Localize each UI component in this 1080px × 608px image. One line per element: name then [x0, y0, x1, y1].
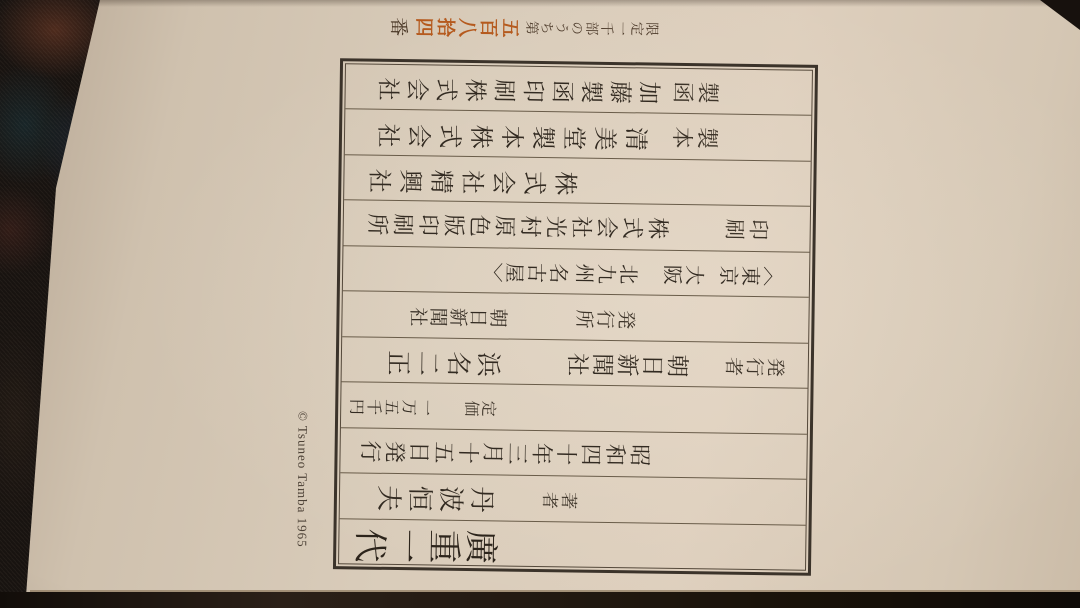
limited-edition-note: 限定一千部のうち第 五百八拾四 番	[354, 7, 659, 44]
column-box-maker: 製函 加藤製函印刷株式会社	[345, 64, 812, 116]
edition-note-suffix: 番	[388, 14, 409, 35]
location-tokyo: 〈東京	[717, 259, 783, 289]
box-maker-label: 製函	[669, 76, 719, 108]
column-price: 定価 一万五千円	[341, 382, 808, 434]
box-maker-name: 加藤製函印刷株式会社	[371, 70, 661, 107]
plate-printer-name: 株式会社光村原色版印刷所	[364, 208, 670, 243]
column-locations: 〈東京 大阪 北九州 名古屋〉	[343, 246, 810, 298]
table-outer-border: 製函 加藤製函印刷株式会社 製本 清美堂製本株式会社 株式会社精興社 印刷 株式…	[333, 58, 818, 576]
desk-surface	[0, 592, 1080, 608]
colophon-table: 製函 加藤製函印刷株式会社 製本 清美堂製本株式会社 株式会社精興社 印刷 株式…	[333, 58, 818, 576]
issuer-organization: 朝日新聞社	[565, 346, 690, 381]
column-text-printer: 株式会社精興社	[344, 155, 811, 207]
column-issuer: 発行者 朝日新聞社 浜名二正	[342, 337, 809, 389]
price-label: 定価	[463, 395, 497, 418]
issuer-person-name: 浜名二正	[382, 342, 502, 380]
price-value: 一万五千円	[348, 393, 436, 417]
copyright-line: © Tsuneo Tamba 1965	[293, 411, 310, 583]
location-nagoya: 名古屋〉	[481, 256, 569, 286]
column-book-title: 廣重一代	[339, 519, 806, 570]
issuer-label: 発行者	[723, 351, 786, 379]
column-binder: 製本 清美堂製本株式会社	[345, 110, 812, 162]
column-publication-date: 昭和四十年三月十五日発行	[340, 428, 807, 480]
location-kitakyushu: 北九州	[573, 257, 639, 287]
printing-label: 印刷	[722, 213, 770, 244]
author-label: 著者	[540, 486, 578, 512]
location-osaka: 大阪	[661, 258, 705, 288]
column-plate-printer: 印刷 株式会社光村原色版印刷所	[343, 201, 810, 253]
photo-of-colophon-page: 限定一千部のうち第 五百八拾四 番 製函 加藤製函印刷株式会社 製本 清美堂製本…	[0, 0, 1080, 608]
publication-date: 昭和四十年三月十五日発行	[357, 435, 651, 470]
publisher-label: 発行所	[573, 303, 636, 331]
binding-label: 製本	[669, 121, 719, 153]
column-publisher: 発行所 朝日新聞社	[342, 292, 809, 344]
table-inner-border: 製函 加藤製函印刷株式会社 製本 清美堂製本株式会社 株式会社精興社 印刷 株式…	[338, 63, 813, 570]
edition-note-prefix: 限定一千部のうち第	[524, 19, 659, 35]
book-title: 廣重一代	[351, 517, 500, 568]
edition-number-stamp: 五百八拾四	[413, 15, 521, 37]
text-printer-name: 株式会社精興社	[361, 160, 578, 198]
publisher-name: 朝日新聞社	[408, 301, 508, 329]
binder-name: 清美堂製本株式会社	[370, 115, 649, 154]
author-name: 丹波恒夫	[372, 477, 497, 516]
